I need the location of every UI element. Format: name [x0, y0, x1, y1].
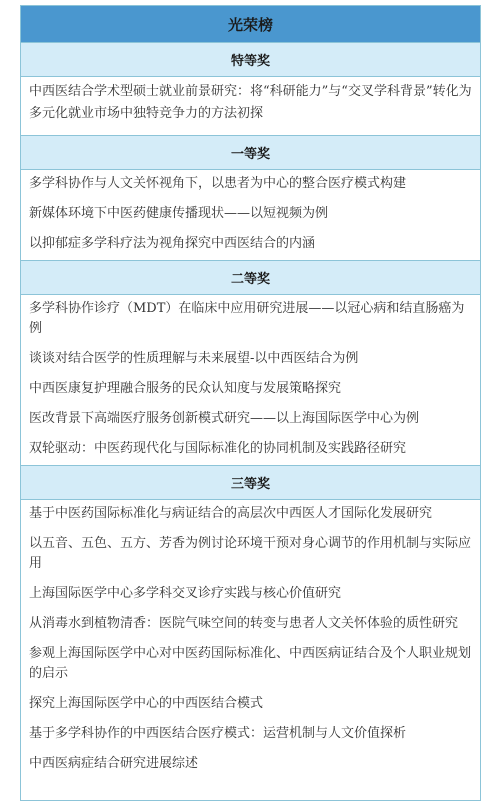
list-item: 上海国际医学中心多学科交叉诊疗实践与核心价值研究	[29, 584, 472, 604]
section-body-third: 基于中医药国际标准化与病证结合的高层次中西医人才国际化发展研究 以五音、五色、五…	[21, 500, 480, 800]
list-item: 中西医结合学术型硕士就业前景研究：将“科研能力”与“交叉学科背景”转化为多元化就…	[29, 81, 472, 125]
honor-roll-table: 光荣榜 特等奖 中西医结合学术型硕士就业前景研究：将“科研能力”与“交叉学科背景…	[20, 5, 481, 801]
list-item: 多学科协作与人文关怀视角下，以患者为中心的整合医疗模式构建	[29, 174, 472, 194]
section-header-third: 三等奖	[21, 466, 480, 500]
section-header-first: 一等奖	[21, 136, 480, 170]
list-item: 以五音、五色、五方、芳香为例讨论环境干预对身心调节的作用机制与实际应用	[29, 534, 472, 574]
list-item: 探究上海国际医学中心的中西医结合模式	[29, 694, 472, 714]
table-title: 光荣榜	[21, 6, 480, 43]
section-header-second: 二等奖	[21, 261, 480, 295]
section-body-second: 多学科协作诊疗（MDT）在临床中应用研究进展——以冠心病和结直肠癌为例 谈谈对结…	[21, 295, 480, 466]
list-item: 以抑郁症多学科疗法为视角探究中西医结合的内涵	[29, 234, 472, 254]
list-item: 从消毒水到植物清香：医院气味空间的转变与患者人文关怀体验的质性研究	[29, 614, 472, 634]
list-item: 双轮驱动：中医药现代化与国际标准化的协同机制及实践路径研究	[29, 439, 472, 459]
list-item: 中西医康复护理融合服务的民众认知度与发展策略探究	[29, 379, 472, 399]
list-item: 参观上海国际医学中心对中医药国际标准化、中西医病证结合及个人职业规划的启示	[29, 644, 472, 684]
section-header-special: 特等奖	[21, 43, 480, 77]
section-body-special: 中西医结合学术型硕士就业前景研究：将“科研能力”与“交叉学科背景”转化为多元化就…	[21, 77, 480, 136]
list-item: 谈谈对结合医学的性质理解与未来展望-以中西医结合为例	[29, 349, 472, 369]
list-item: 多学科协作诊疗（MDT）在临床中应用研究进展——以冠心病和结直肠癌为例	[29, 299, 472, 339]
list-item: 中西医病症结合研究进展综述	[29, 754, 472, 774]
list-item: 医改背景下高端医疗服务创新模式研究——以上海国际医学中心为例	[29, 409, 472, 429]
list-item: 新媒体环境下中医药健康传播现状——以短视频为例	[29, 204, 472, 224]
section-body-first: 多学科协作与人文关怀视角下，以患者为中心的整合医疗模式构建 新媒体环境下中医药健…	[21, 170, 480, 261]
list-item: 基于多学科协作的中西医结合医疗模式：运营机制与人文价值探析	[29, 724, 472, 744]
list-item: 基于中医药国际标准化与病证结合的高层次中西医人才国际化发展研究	[29, 504, 472, 524]
